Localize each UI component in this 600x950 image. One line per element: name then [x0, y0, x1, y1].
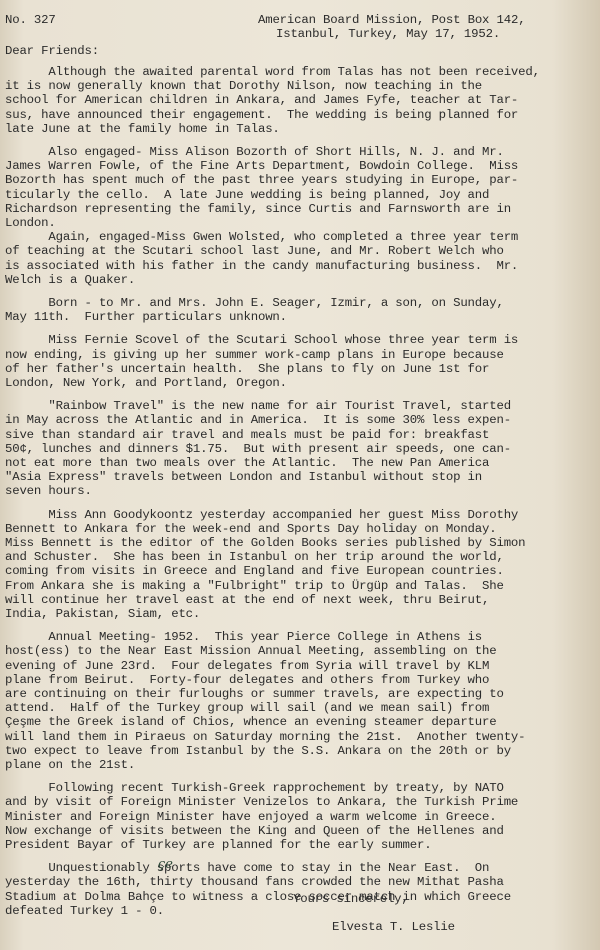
- body-line: India, Pakistan, Siam, etc.: [5, 607, 200, 621]
- body-line: plane from Beirut. Forty-four delegates …: [5, 673, 489, 687]
- body-line: Miss Bennett is the editor of the Golden…: [5, 536, 525, 550]
- body-line: Welch is a Quaker.: [5, 273, 135, 287]
- body-line: 50¢, lunches and dinners $1.75. But with…: [5, 442, 511, 456]
- body-line: Stadium at Dolma Bahçe to witness a clos…: [5, 890, 511, 904]
- body-line: Unquestionably sports have come to stay …: [5, 861, 489, 875]
- body-line: Again, engaged-Miss Gwen Wolsted, who co…: [5, 230, 518, 244]
- body-line: plane on the 21st.: [5, 758, 135, 772]
- body-line: and by visit of Foreign Minister Venizel…: [5, 795, 518, 809]
- body-line: "Rainbow Travel" is the new name for air…: [5, 399, 511, 413]
- body-line: in May across the Atlantic and in Americ…: [5, 413, 511, 427]
- handwritten-correction: çe: [158, 857, 173, 872]
- body-line: President Bayar of Turkey are planned fo…: [5, 838, 431, 852]
- body-line: Çeşme the Greek island of Chios, whence …: [5, 715, 496, 729]
- body-line: sus, have announced their engagement. Th…: [5, 108, 518, 122]
- body-line: evening of June 23rd. Four delegates fro…: [5, 659, 489, 673]
- body-line: two expect to leave from Istanbul by the…: [5, 744, 511, 758]
- body-line: late June at the family home in Talas.: [5, 122, 280, 136]
- body-line: it is now generally known that Dorothy N…: [5, 79, 482, 93]
- body-line: seven hours.: [5, 484, 92, 498]
- salutation: Dear Friends:: [5, 44, 99, 58]
- body-line: From Ankara she is making a "Fulbright" …: [5, 579, 504, 593]
- body-line: sive than standard air travel and meals …: [5, 428, 489, 442]
- body-line: Minister and Foreign Minister have enjoy…: [5, 810, 496, 824]
- body-line: yesterday the 16th, thirty thousand fans…: [5, 875, 504, 889]
- body-line: of teaching at the Scutari school last J…: [5, 244, 504, 258]
- body-line: London, New York, and Portland, Oregon.: [5, 376, 287, 390]
- body-line: attend. Half of the Turkey group will sa…: [5, 701, 489, 715]
- letter-page: No. 327 American Board Mission, Post Box…: [0, 0, 600, 950]
- body-line: Annual Meeting- 1952. This year Pierce C…: [5, 630, 482, 644]
- body-line: Following recent Turkish-Greek rapproche…: [5, 781, 504, 795]
- body-line: James Warren Fowle, of the Fine Arts Dep…: [5, 159, 518, 173]
- sender-date: Istanbul, Turkey, May 17, 1952.: [276, 27, 500, 41]
- body-line: Richardson representing the family, sinc…: [5, 202, 511, 216]
- body-line: coming from visits in Greece and England…: [5, 564, 504, 578]
- body-line: London.: [5, 216, 56, 230]
- letter-number: No. 327: [5, 13, 56, 27]
- body-line: host(ess) to the Near East Mission Annua…: [5, 644, 496, 658]
- body-line: and Schuster. She has been in Istanbul o…: [5, 550, 504, 564]
- body-line: are continuing on their furloughs or sum…: [5, 687, 504, 701]
- body-line: Bennett to Ankara for the week-end and S…: [5, 522, 496, 536]
- signature: Elvesta T. Leslie: [332, 920, 455, 934]
- sender-address: American Board Mission, Post Box 142,: [258, 13, 525, 27]
- body-line: defeated Turkey 1 - 0.: [5, 904, 164, 918]
- body-line: will continue her travel east at the end…: [5, 593, 489, 607]
- body-line: Bozorth has spent much of the past three…: [5, 173, 518, 187]
- body-line: not eat more than two meals over the Atl…: [5, 456, 489, 470]
- body-line: Miss Ann Goodykoontz yesterday accompani…: [5, 508, 518, 522]
- body-line: school for American children in Ankara, …: [5, 93, 518, 107]
- body-line: will land them in Piraeus on Saturday mo…: [5, 730, 525, 744]
- body-line: ticularly the cello. A late June wedding…: [5, 188, 489, 202]
- body-line: is associated with his father in the can…: [5, 259, 518, 273]
- body-line: of her father's uncertain health. She pl…: [5, 362, 489, 376]
- body-line: May 11th. Further particulars unknown.: [5, 310, 287, 324]
- body-line: Although the awaited parental word from …: [5, 65, 540, 79]
- body-line: Also engaged- Miss Alison Bozorth of Sho…: [5, 145, 504, 159]
- body-line: Miss Fernie Scovel of the Scutari School…: [5, 333, 518, 347]
- body-line: Born - to Mr. and Mrs. John E. Seager, I…: [5, 296, 504, 310]
- closing: Yours sincerely,: [293, 892, 409, 906]
- body-line: "Asia Express" travels between London an…: [5, 470, 482, 484]
- body-line: now ending, is giving up her summer work…: [5, 348, 504, 362]
- body-line: Now exchange of visits between the King …: [5, 824, 504, 838]
